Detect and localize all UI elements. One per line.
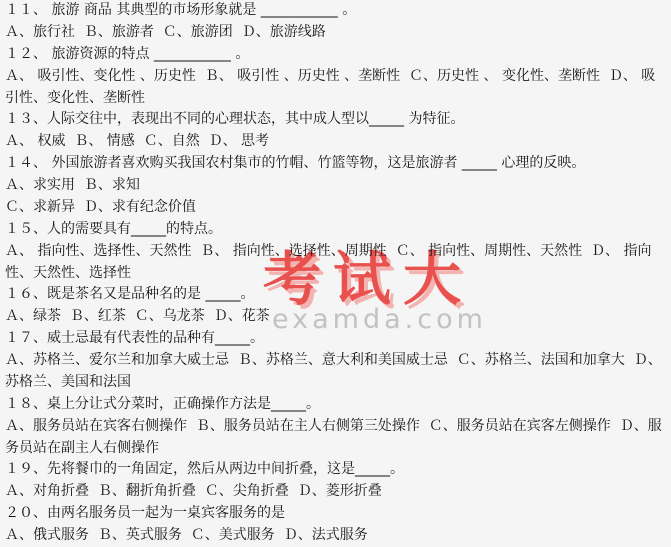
exam-document-page: 考试大 examda.com １１、 旅游 商品 其典型的市场形象就是 ____… bbox=[0, 0, 671, 547]
question-18-stem: １８、桌上分让式分菜时，正确操作方法是_____。 bbox=[5, 394, 667, 416]
question-17-options-line-1: Ａ、苏格兰、爱尔兰和加拿大威士忌 Ｂ、苏格兰、意大利和美国威士忌 Ｃ、苏格兰、法… bbox=[5, 350, 667, 372]
question-15-options-line-2: 性、天然性、选择性 bbox=[5, 263, 667, 285]
question-15-options-line-1: Ａ、 指向性、选择性、天然性 Ｂ、 指向性、选择性、周期性 Ｃ、 指向性、周期性… bbox=[5, 241, 667, 263]
question-14-options-line-1: Ａ、求实用 Ｂ、求知 bbox=[5, 175, 667, 197]
question-12-options-line-2: 引性、变化性、垄断性 bbox=[5, 88, 667, 110]
question-13-options: Ａ、 权威 Ｂ、 情感 Ｃ、自然 Ｄ、 思考 bbox=[5, 131, 667, 153]
question-14-stem: １４、 外国旅游者喜欢购买我国农村集市的竹帽、竹篮等物，这是旅游者 _____ … bbox=[5, 153, 667, 175]
question-list: １１、 旅游 商品 其典型的市场形象就是 ___________ 。 Ａ、旅行社… bbox=[5, 0, 667, 547]
question-11-stem: １１、 旅游 商品 其典型的市场形象就是 ___________ 。 bbox=[5, 0, 667, 22]
question-17-options-line-2: 苏格兰、美国和法国 bbox=[5, 372, 667, 394]
question-15-stem: １５、人的需要具有_____的特点。 bbox=[5, 219, 667, 241]
question-16-stem: １６、既是茶名又是品种名的是 _____。 bbox=[5, 284, 667, 306]
question-20-options: Ａ、俄式服务 Ｂ、英式服务 Ｃ、美式服务 Ｄ、法式服务 bbox=[5, 525, 667, 547]
question-19-stem: １９、先将餐巾的一角固定，然后从两边中间折叠，这是_____。 bbox=[5, 459, 667, 481]
question-19-options: Ａ、对角折叠 Ｂ、翻折角折叠 Ｃ、尖角折叠 Ｄ、菱形折叠 bbox=[5, 481, 667, 503]
question-14-options-line-2: Ｃ、求新异 Ｄ、求有纪念价值 bbox=[5, 197, 667, 219]
question-12-options-line-1: Ａ、 吸引性、变化性 、历史性 Ｂ、 吸引性 、历史性 、垄断性 Ｃ、历史性 、… bbox=[5, 66, 667, 88]
question-20-stem: ２０、由两名服务员一起为一桌宾客服务的是 bbox=[5, 503, 667, 525]
question-11-options: Ａ、旅行社 Ｂ、旅游者 Ｃ、旅游团 Ｄ、旅游线路 bbox=[5, 22, 667, 44]
question-18-options-line-1: Ａ、服务员站在宾客右侧操作 Ｂ、服务员站在主人右侧第三处操作 Ｃ、服务员站在宾客… bbox=[5, 416, 667, 438]
question-16-options: Ａ、绿茶 Ｂ、红茶 Ｃ、乌龙茶 Ｄ、花茶 bbox=[5, 306, 667, 328]
question-18-options-line-2: 务员站在副主人右侧操作 bbox=[5, 438, 667, 460]
question-13-stem: １３、人际交往中，表现出不同的心理状态，其中成人型以_____ 为特征。 bbox=[5, 109, 667, 131]
question-17-stem: １７、威士忌最有代表性的品种有_____。 bbox=[5, 328, 667, 350]
question-12-stem: １２、 旅游资源的特点 ___________ 。 bbox=[5, 44, 667, 66]
